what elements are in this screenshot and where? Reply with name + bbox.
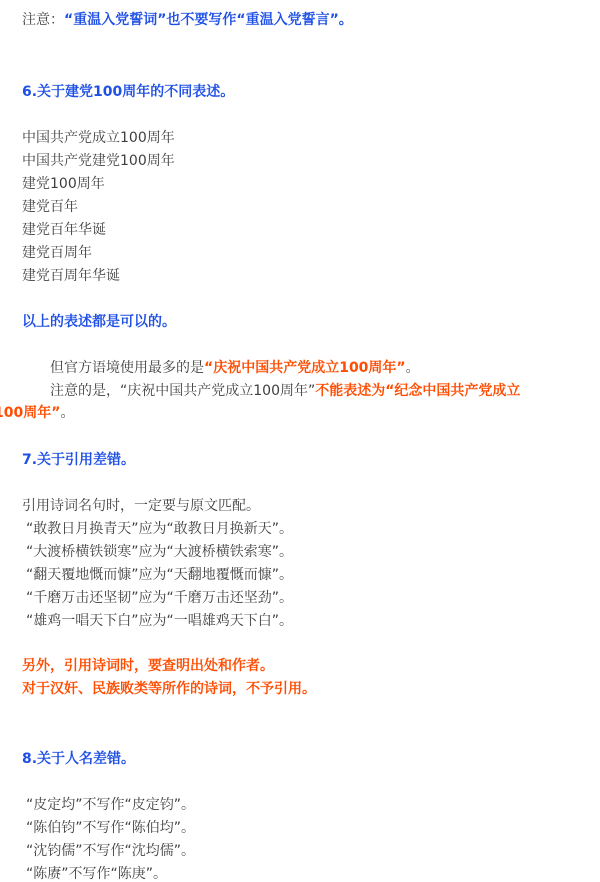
- section7-heading: 7.关于引用差错。: [22, 450, 135, 470]
- list-item: “千磨万击还坚韧”应为“千磨万击还坚劲”。: [26, 588, 293, 608]
- list-item: “大渡桥横铁锁寒”应为“大渡桥横铁索寒”。: [26, 542, 293, 562]
- section6-conclusion: 以上的表述都是可以的。: [22, 312, 176, 332]
- note-top: 注意：“重温入党誓词”也不要写作“重温入党誓言”。: [22, 10, 353, 30]
- list-item: “翻天覆地慨而慷”应为“天翻地覆慨而慷”。: [26, 565, 293, 585]
- list-item: 建党100周年: [22, 174, 105, 194]
- list-item: 中国共产党建党100周年: [22, 151, 175, 171]
- list-item: 建党百年: [22, 197, 78, 217]
- usage-note-highlight: 不能表述为“纪念中国共产党成立: [315, 383, 520, 399]
- list-item: “敢教日月换青天”应为“敢教日月换新天”。: [26, 519, 293, 539]
- list-item: 中国共产党成立100周年: [22, 128, 175, 148]
- list-item: 建党百年华诞: [22, 220, 106, 240]
- official-prefix: 但官方语境使用最多的是: [50, 360, 204, 376]
- list-item: “陈伯钧”不写作“陈伯均”。: [26, 818, 195, 838]
- list-item: 建党百周年华诞: [22, 266, 120, 286]
- section7-intro: 引用诗词名句时，一定要与原文匹配。: [22, 496, 260, 516]
- official-highlight: “庆祝中国共产党成立100周年”: [204, 360, 406, 376]
- usage-note-highlight-cont: 100周年”: [0, 405, 60, 421]
- note-prefix: 注意：: [22, 12, 64, 28]
- list-item: “皮定均”不写作“皮定钧”。: [26, 795, 195, 815]
- section7-warning-1: 另外，引用诗词时，要查明出处和作者。: [22, 656, 274, 676]
- usage-note-prefix: 注意的是，“庆祝中国共产党成立100周年”: [50, 383, 315, 399]
- list-item: 建党百周年: [22, 243, 92, 263]
- section6-heading: 6.关于建党100周年的不同表述。: [22, 82, 234, 102]
- list-item: “陈赓”不写作“陈庚”。: [26, 864, 167, 882]
- section7-warning-2: 对于汉奸、民族败类等所作的诗词，不予引用。: [22, 679, 316, 699]
- list-item: “雄鸡一唱天下白”应为“一唱雄鸡天下白”。: [26, 611, 293, 631]
- usage-note-suffix: 。: [60, 405, 74, 421]
- note-highlight: “重温入党誓词”也不要写作“重温入党誓言”。: [64, 12, 353, 28]
- official-usage: 但官方语境使用最多的是“庆祝中国共产党成立100周年”。: [50, 358, 420, 378]
- section8-heading: 8.关于人名差错。: [22, 749, 135, 769]
- usage-note: 注意的是，“庆祝中国共产党成立100周年”不能表述为“纪念中国共产党成立: [50, 381, 520, 401]
- usage-note-continued: 100周年”。: [0, 403, 74, 423]
- official-suffix: 。: [406, 360, 420, 376]
- list-item: “沈钧儒”不写作“沈均儒”。: [26, 841, 195, 861]
